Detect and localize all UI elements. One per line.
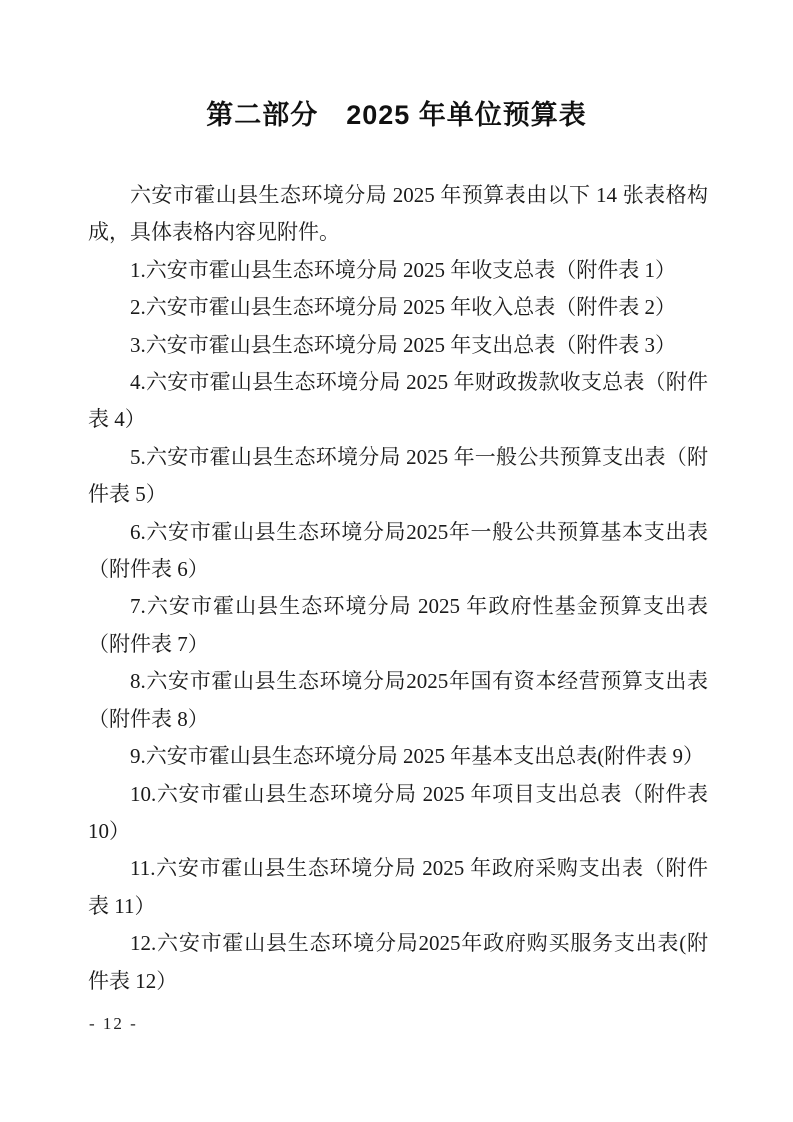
list-item: 12.六安市霍山县生态环境分局2025年政府购买服务支出表(附件表 12） bbox=[88, 925, 708, 1000]
list-item: 11.六安市霍山县生态环境分局 2025 年政府采购支出表（附件表 11） bbox=[88, 850, 708, 925]
document-page: 第二部分 2025 年单位预算表 六安市霍山县生态环境分局 2025 年预算表由… bbox=[0, 0, 793, 1122]
list-item: 9.六安市霍山县生态环境分局 2025 年基本支出总表(附件表 9） bbox=[88, 738, 708, 775]
list-item: 2.六安市霍山县生态环境分局 2025 年收入总表（附件表 2） bbox=[88, 289, 708, 326]
document-body: 六安市霍山县生态环境分局 2025 年预算表由以下 14 张表格构成，具体表格内… bbox=[88, 177, 708, 1000]
list-item: 10.六安市霍山县生态环境分局 2025 年项目支出总表（附件表 10） bbox=[88, 776, 708, 851]
page-number: - 12 - bbox=[89, 1012, 138, 1036]
list-item: 5.六安市霍山县生态环境分局 2025 年一般公共预算支出表（附件表 5） bbox=[88, 439, 708, 514]
list-item: 8.六安市霍山县生态环境分局2025年国有资本经营预算支出表（附件表 8） bbox=[88, 663, 708, 738]
intro-paragraph: 六安市霍山县生态环境分局 2025 年预算表由以下 14 张表格构成，具体表格内… bbox=[88, 177, 708, 252]
list-item: 4.六安市霍山县生态环境分局 2025 年财政拨款收支总表（附件表 4） bbox=[88, 364, 708, 439]
page-title: 第二部分 2025 年单位预算表 bbox=[0, 96, 793, 134]
list-item: 6.六安市霍山县生态环境分局2025年一般公共预算基本支出表（附件表 6） bbox=[88, 514, 708, 589]
list-item: 3.六安市霍山县生态环境分局 2025 年支出总表（附件表 3） bbox=[88, 327, 708, 364]
list-item: 7.六安市霍山县生态环境分局 2025 年政府性基金预算支出表（附件表 7） bbox=[88, 588, 708, 663]
list-item: 1.六安市霍山县生态环境分局 2025 年收支总表（附件表 1） bbox=[88, 252, 708, 289]
